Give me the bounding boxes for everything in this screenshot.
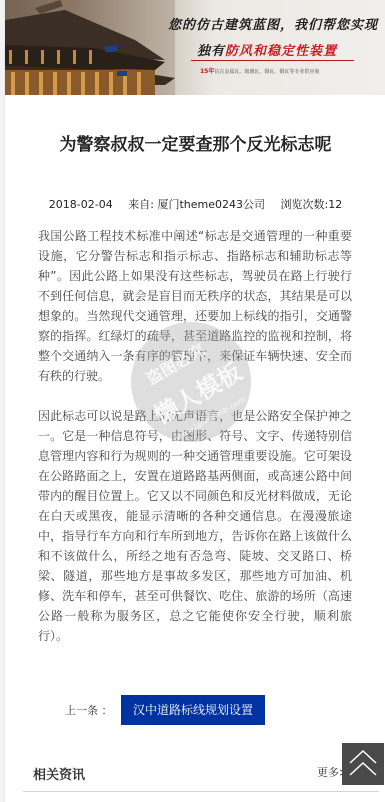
- header-banner[interactable]: 您的仿古建筑蓝图，我们帮您实现 独有防风和稳定性装置 15年仿古金属瓦、琉璃瓦、…: [5, 0, 385, 95]
- banner-subtitle: 15年仿古金属瓦、琉璃瓦、铜瓦、铜瓦等专业供应商: [200, 66, 319, 75]
- temple-illustration-icon: [5, 0, 175, 95]
- article-body: 我国公路工程技术标准中阐述“标志是交通管理的一种重要设施，它分警告标志和指示标志…: [38, 226, 352, 646]
- banner-divider: [191, 60, 354, 61]
- article-source-value: 厦门theme0243公司: [157, 198, 265, 211]
- page-container: 您的仿古建筑蓝图，我们帮您实现 独有防风和稳定性装置 15年仿古金属瓦、琉璃瓦、…: [4, 0, 385, 802]
- article-source: 来自: 厦门theme0243公司: [128, 198, 265, 211]
- related-news-heading: 相关资讯: [33, 764, 85, 783]
- article-meta: 2018-02-04 来自: 厦门theme0243公司 浏览次数:12: [5, 196, 385, 212]
- related-divider: [23, 791, 379, 792]
- prev-article-link[interactable]: 汉中道路标线规划设置: [121, 695, 265, 725]
- banner-feature-highlight: 防风和稳定性装置: [225, 44, 337, 59]
- article-source-label: 来自:: [128, 198, 154, 211]
- back-to-top-button[interactable]: [342, 743, 384, 785]
- article-paragraph: 因此标志可以说是路上的无声语言，也是公路安全保护神之一。它是一种信息符号，由图形…: [38, 406, 352, 646]
- article-views-count: 12: [328, 198, 342, 211]
- double-chevron-up-icon: [342, 743, 384, 785]
- banner-slogan: 您的仿古建筑蓝图，我们帮您实现: [168, 14, 378, 33]
- prev-article-label: 上一条 ：: [65, 698, 113, 723]
- banner-feature-prefix: 独有: [197, 44, 225, 59]
- banner-years: 15年: [200, 68, 214, 75]
- article-views-label: 浏览次数:: [280, 198, 328, 211]
- article-views: 浏览次数:12: [280, 198, 342, 211]
- article-title: 为警察叔叔一定要查那个反光标志呢: [5, 133, 385, 158]
- article-date: 2018-02-04: [49, 198, 113, 211]
- banner-subtitle-text: 仿古金属瓦、琉璃瓦、铜瓦、铜瓦等专业供应商: [214, 69, 319, 75]
- article-paragraph: 我国公路工程技术标准中阐述“标志是交通管理的一种重要设施，它分警告标志和指示标志…: [38, 226, 352, 386]
- banner-feature: 独有防风和稳定性装置: [197, 40, 337, 59]
